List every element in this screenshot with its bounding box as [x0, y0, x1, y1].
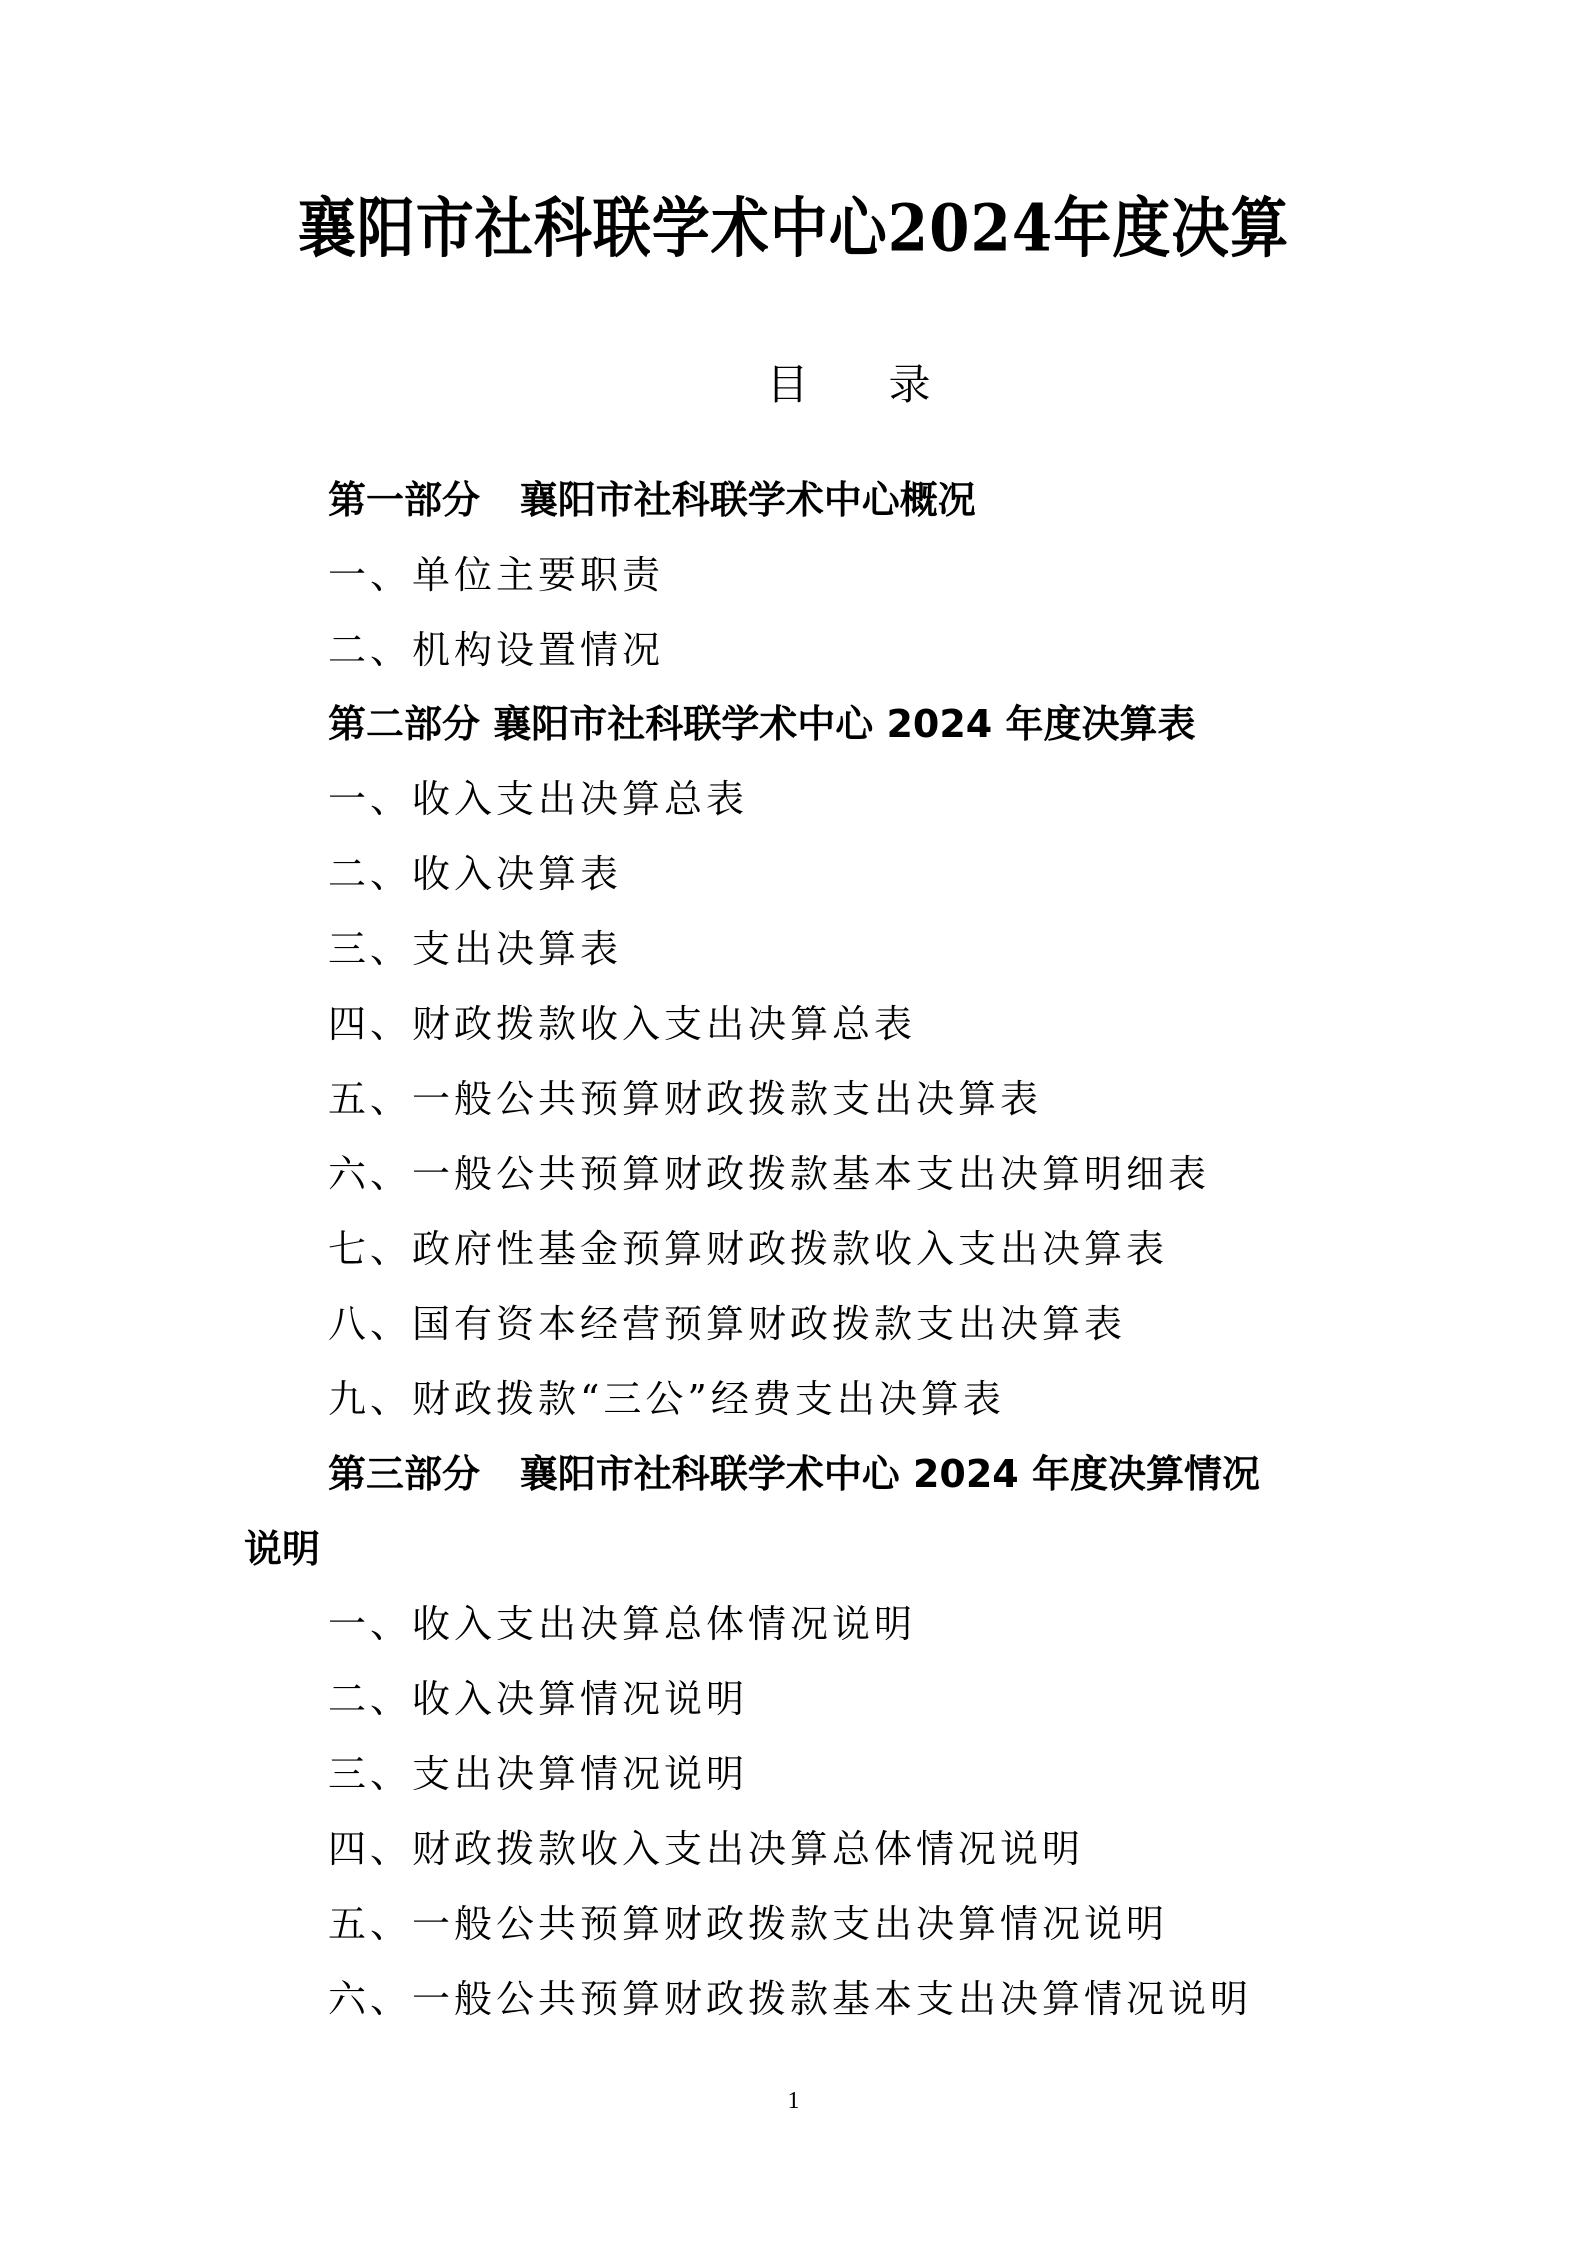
toc-item[interactable]: 二、机构设置情况	[328, 613, 664, 688]
toc-item[interactable]: 一、单位主要职责	[328, 538, 664, 613]
toc-part-2-heading[interactable]: 第二部分 襄阳市社科联学术中心 2024 年度决算表	[328, 687, 1195, 762]
toc-item[interactable]: 七、政府性基金预算财政拨款收入支出决算表	[328, 1212, 1168, 1287]
toc-item[interactable]: 一、收入支出决算总体情况说明	[328, 1587, 916, 1662]
toc-item[interactable]: 三、支出决算情况说明	[328, 1737, 748, 1812]
toc-item[interactable]: 六、一般公共预算财政拨款基本支出决算情况说明	[328, 1962, 1252, 2037]
toc-item[interactable]: 一、收入支出决算总表	[328, 762, 748, 837]
toc-heading: 目录	[0, 355, 1587, 415]
toc-item[interactable]: 九、财政拨款“三公”经费支出决算表	[328, 1362, 1005, 1437]
document-title: 襄阳市社科联学术中心2024年度决算	[0, 188, 1587, 269]
part-label: 第二部分	[328, 702, 480, 746]
toc-item[interactable]: 八、国有资本经营预算财政拨款支出决算表	[328, 1287, 1126, 1362]
toc-heading-char-1: 目	[766, 355, 808, 415]
page-number: 1	[0, 2086, 1587, 2116]
part-title: 襄阳市社科联学术中心概况	[520, 478, 976, 522]
toc-part-3-heading[interactable]: 第三部分 襄阳市社科联学术中心 2024 年度决算情况	[328, 1437, 1260, 1512]
toc-item[interactable]: 五、一般公共预算财政拨款支出决算表	[328, 1062, 1042, 1137]
toc-part-3-heading-continuation[interactable]: 说明	[244, 1512, 320, 1587]
toc-item[interactable]: 六、一般公共预算财政拨款基本支出决算明细表	[328, 1137, 1210, 1212]
part-label: 第三部分	[328, 1452, 480, 1496]
part-title: 襄阳市社科联学术中心 2024 年度决算情况	[520, 1452, 1260, 1496]
part-label: 第一部分	[328, 478, 480, 522]
document-page: 襄阳市社科联学术中心2024年度决算 目录 第一部分 襄阳市社科联学术中心概况 …	[0, 0, 1587, 2245]
toc-item[interactable]: 二、收入决算表	[328, 837, 622, 912]
toc-heading-char-2: 录	[889, 355, 931, 415]
toc-item[interactable]: 四、财政拨款收入支出决算总体情况说明	[328, 1812, 1084, 1887]
toc-item[interactable]: 四、财政拨款收入支出决算总表	[328, 987, 916, 1062]
toc-item[interactable]: 二、收入决算情况说明	[328, 1662, 748, 1737]
toc-item[interactable]: 三、支出决算表	[328, 912, 622, 987]
toc-item[interactable]: 五、一般公共预算财政拨款支出决算情况说明	[328, 1887, 1168, 1962]
part-title: 襄阳市社科联学术中心 2024 年度决算表	[493, 702, 1195, 746]
toc-part-1-heading[interactable]: 第一部分 襄阳市社科联学术中心概况	[328, 463, 976, 538]
